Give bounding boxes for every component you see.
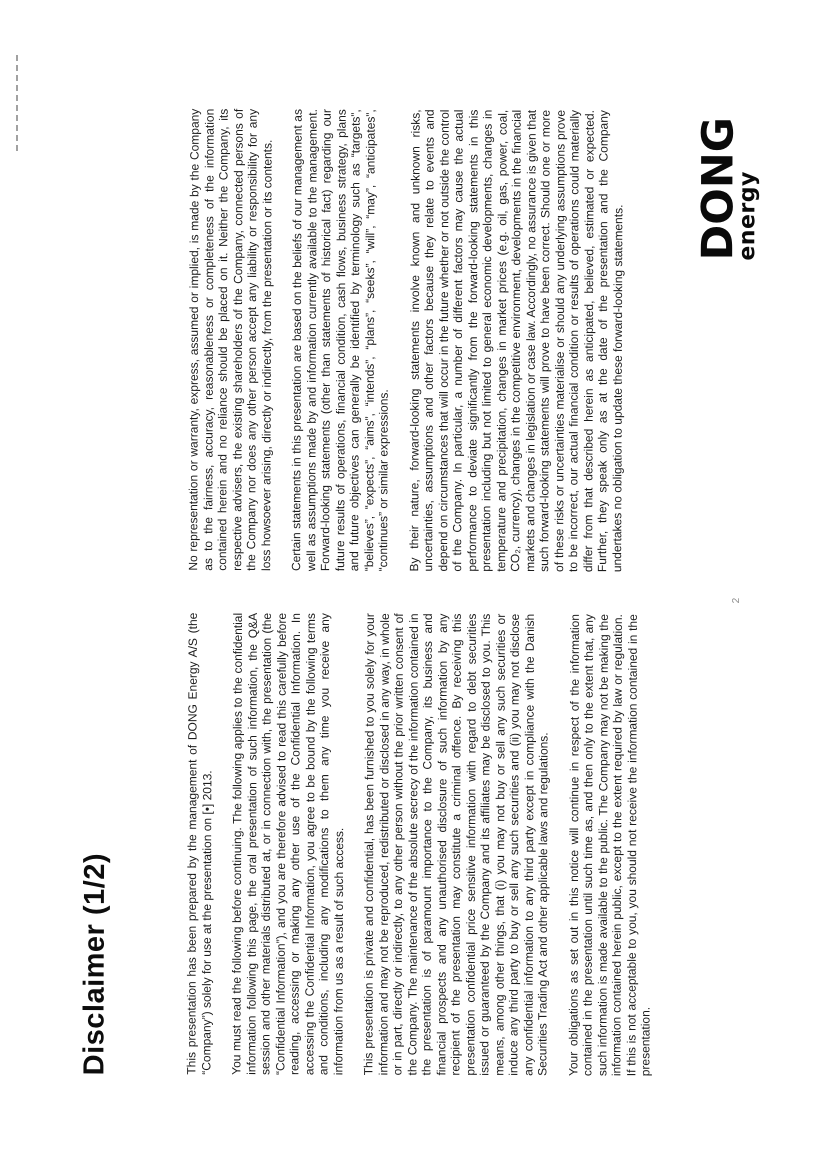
logo-wordmark: DONG xyxy=(697,117,740,261)
disclaimer-paragraph: You must read the following before conti… xyxy=(229,613,347,1075)
dong-energy-logo: DONG energy xyxy=(697,117,760,261)
disclaimer-paragraph: Your obligations as set out in this noti… xyxy=(566,614,655,1076)
disclaimer-paragraph: Certain statements in this presentation … xyxy=(289,109,392,571)
page-number: 2 xyxy=(731,591,743,611)
disclaimer-body: This presentation has been prepared by t… xyxy=(184,109,656,1077)
disclaimer-paragraph: This presentation is private and confide… xyxy=(361,613,551,1076)
disclaimer-paragraph: No representation or warranty, express, … xyxy=(186,109,275,571)
slide-title: Disclaimer (1/2) xyxy=(79,853,110,1075)
disclaimer-paragraph: This presentation has been prepared by t… xyxy=(184,613,215,1075)
scanned-slide-page: Disclaimer (1/2) This presentation has b… xyxy=(0,0,826,1169)
disclaimer-paragraph: By their nature, forward-looking stateme… xyxy=(407,109,626,572)
rotated-slide: Disclaimer (1/2) This presentation has b… xyxy=(0,0,826,1169)
disclaimer-column-left: This presentation has been prepared by t… xyxy=(184,613,654,1077)
disclaimer-column-right: No representation or warranty, express, … xyxy=(186,109,656,573)
